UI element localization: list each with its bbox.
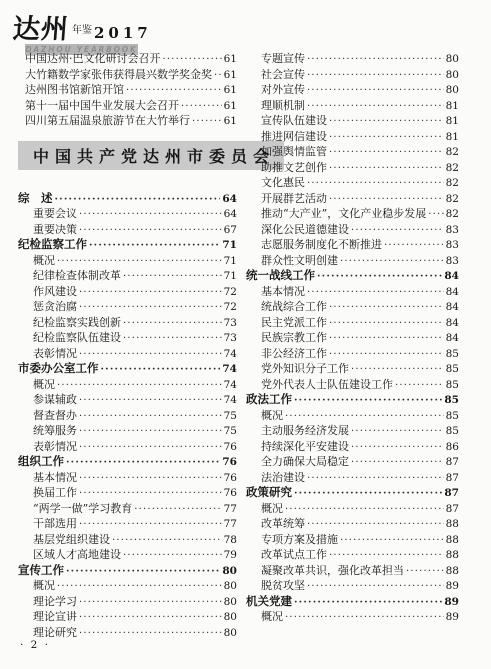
toc-entry-page: 76	[224, 486, 237, 502]
toc-entry-label: 统一战线工作	[246, 268, 315, 284]
toc-entry-label: 干部选用	[33, 516, 77, 532]
toc-entry-page: 81	[446, 99, 459, 115]
dot-leader	[79, 610, 222, 626]
toc-entry-page: 84	[444, 269, 459, 285]
dot-leader	[79, 207, 222, 223]
toc-entry-label: 政策研究	[246, 485, 292, 501]
dot-leader	[329, 161, 444, 177]
toc-entry-label: 作风建设	[33, 284, 77, 300]
toc-entry: 纪检监察工作71	[18, 237, 237, 253]
toc-entry-page: 85	[446, 409, 459, 425]
dot-leader	[307, 83, 444, 99]
dot-leader	[294, 595, 442, 611]
dot-leader	[66, 564, 220, 580]
dot-leader	[395, 378, 444, 394]
toc-entry: 主动服务经济发展85	[246, 423, 459, 439]
dot-leader	[340, 533, 444, 549]
dot-leader	[79, 486, 222, 502]
toc-entry-label: 统战综合工作	[261, 299, 327, 315]
toc-entry: 纪检监察实践创新73	[18, 315, 237, 331]
toc-entry-page: 86	[446, 440, 459, 456]
dot-leader	[351, 455, 444, 471]
toc-entry: 理论宣讲80	[18, 609, 237, 625]
dot-leader	[351, 223, 444, 239]
toc-entry-label: 惩贪治腐	[33, 299, 77, 315]
toc-right-column: 专题宣传80社会宣传80对外宣传80理顺机制81宣传队伍建设81推进网信建设81…	[246, 51, 459, 625]
dot-leader	[89, 238, 220, 254]
toc-entry: 作风建设72	[18, 284, 237, 300]
toc-entry: 理顺机制81	[246, 98, 459, 114]
toc-entry: 社会宣传80	[246, 67, 459, 83]
toc-entry-label: 改革统筹	[261, 516, 305, 532]
toc-entry: 统筹服务75	[18, 423, 237, 439]
toc-entry-label: “两学一做”学习教育	[33, 501, 132, 517]
toc-entry-page: 73	[224, 331, 237, 347]
toc-entry-page: 88	[446, 533, 459, 549]
toc-entry-label: 开展群艺活动	[261, 191, 327, 207]
dot-leader	[79, 347, 222, 363]
dot-leader	[340, 254, 444, 270]
toc-entry-label: 助推文艺创作	[261, 160, 327, 176]
dot-leader	[79, 285, 222, 301]
toc-entry-label: 区域人才高地建设	[33, 547, 121, 563]
toc-entry-label: 全力确保大局稳定	[261, 454, 349, 470]
dot-leader	[428, 207, 443, 223]
toc-entry: 全力确保大局稳定87	[246, 454, 459, 470]
toc-entry: 理论研究80	[18, 625, 237, 641]
dot-leader	[123, 269, 222, 285]
dot-leader	[112, 533, 222, 549]
toc-entry-page: 74	[224, 378, 237, 394]
toc-entry: 改革统筹88	[246, 516, 459, 532]
toc-entry-page: 61	[224, 68, 237, 84]
toc-entry: 表彰情况74	[18, 346, 237, 362]
dot-leader	[307, 52, 444, 68]
masthead-logo-line: 达州 年鉴 2017	[13, 7, 152, 46]
dot-leader	[79, 424, 222, 440]
dot-leader	[123, 548, 222, 564]
toc-entry: 中国达州·巴文化研讨会召开61	[18, 51, 237, 67]
toc-entry-label: 基本情况	[33, 470, 77, 486]
dot-leader	[307, 68, 444, 84]
toc-entry: 党外知识分子工作85	[246, 361, 459, 377]
toc-entry: 助推文艺创作82	[246, 160, 459, 176]
dot-leader	[329, 130, 444, 146]
masthead-subtitle: 年鉴	[72, 21, 92, 36]
toc-entry-label: 概况	[33, 578, 55, 594]
toc-entry: 党外代表人士队伍建设工作85	[246, 377, 459, 393]
dot-leader	[79, 409, 222, 425]
toc-entry-page: 89	[446, 610, 459, 626]
dot-leader	[329, 300, 444, 316]
toc-entry-label: 达州图书馆新馆开馆	[25, 82, 124, 98]
dot-leader	[285, 610, 444, 626]
dot-leader	[181, 99, 222, 115]
dot-leader	[329, 347, 444, 363]
toc-entry-page: 81	[446, 114, 459, 130]
toc-entry-page: 72	[224, 285, 237, 301]
toc-entry-label: 纪检监察工作	[18, 237, 87, 253]
toc-entry-page: 87	[444, 486, 459, 502]
dot-leader	[79, 223, 222, 239]
toc-entry-page: 74	[224, 347, 237, 363]
toc-entry: “两学一做”学习教育77	[18, 501, 237, 517]
toc-entry: 大竹籍数学家张伟获得晨兴数学奖金奖61	[18, 67, 237, 83]
toc-entry: 概况80	[18, 578, 237, 594]
dot-leader	[79, 300, 222, 316]
dot-leader	[79, 595, 222, 611]
dot-leader	[192, 114, 222, 130]
dot-leader	[351, 440, 444, 456]
toc-entry: 推动“大产业”，文化产业稳步发展82	[246, 206, 459, 222]
toc-entry-label: 纪检监察实践创新	[33, 315, 121, 331]
toc-entry: 宣传工作80	[18, 563, 237, 579]
toc-entry-page: 83	[446, 254, 459, 270]
toc-entry-label: 督查督办	[33, 408, 77, 424]
toc-entry-page: 82	[446, 207, 459, 223]
dot-leader	[307, 579, 444, 595]
toc-entry-label: 基本情况	[261, 284, 305, 300]
toc-entry-label: 重要会议	[33, 206, 77, 222]
toc-entry-label: 宣传队伍建设	[261, 113, 327, 129]
toc-entry-label: 对外宣传	[261, 82, 305, 98]
toc-entry: 凝聚改革共识，强化改革担当88	[246, 563, 459, 579]
toc-entry: 基本情况84	[246, 284, 459, 300]
toc-entry: 概况74	[18, 377, 237, 393]
dot-leader	[406, 564, 444, 580]
dot-leader	[123, 331, 222, 347]
toc-entry-page: 87	[446, 471, 459, 487]
toc-entry-label: 民族宗教工作	[261, 330, 327, 346]
toc-entry: 重要会议64	[18, 206, 237, 222]
toc-entry: 对外宣传80	[246, 82, 459, 98]
dot-leader	[123, 316, 222, 332]
toc-entry-label: 党外代表人士队伍建设工作	[261, 377, 393, 393]
toc-entry-page: 78	[224, 533, 237, 549]
toc-entry-label: 凝聚改革共识，强化改革担当	[261, 563, 404, 579]
toc-entry-page: 74	[222, 362, 237, 378]
toc-entry-label: 纪检监察队伍建设	[33, 330, 121, 346]
dot-leader	[329, 548, 444, 564]
toc-entry: 综 述64	[18, 191, 237, 207]
toc-entry-page: 85	[446, 347, 459, 363]
toc-entry-page: 85	[446, 362, 459, 378]
toc-entry-page: 85	[444, 393, 459, 409]
toc-entry-label: 机关党建	[246, 594, 292, 610]
dot-leader	[79, 517, 222, 533]
dot-leader	[66, 455, 220, 471]
toc-entry-page: 89	[446, 579, 459, 595]
toc-entry: 区域人才高地建设79	[18, 547, 237, 563]
toc-entry: 专项方案及措施88	[246, 532, 459, 548]
toc-entry-label: 政法工作	[246, 392, 292, 408]
toc-entry: 宣传队伍建设81	[246, 113, 459, 129]
dot-leader	[294, 486, 442, 502]
folio-page-number: · 2 ·	[20, 639, 50, 651]
toc-entry: 概况85	[246, 408, 459, 424]
toc-entry-page: 61	[224, 52, 237, 68]
toc-entry: 专题宣传80	[246, 51, 459, 67]
dot-leader	[294, 393, 442, 409]
dot-leader	[351, 424, 444, 440]
toc-entry-label: 推动“大产业”，文化产业稳步发展	[261, 206, 426, 222]
toc-entry-label: 综 述	[18, 191, 53, 207]
toc-entry-label: 非公经济工作	[261, 346, 327, 362]
toc-entry: 重要决策67	[18, 222, 237, 238]
toc-entry-page: 72	[224, 300, 237, 316]
dot-leader	[307, 471, 444, 487]
toc-entry-page: 61	[224, 83, 237, 99]
toc-entry: 参谋辅政74	[18, 392, 237, 408]
toc-entry: 非公经济工作85	[246, 346, 459, 362]
toc-entry: 四川第五届温泉旅游节在大竹举行61	[18, 113, 237, 129]
toc-entry: 换届工作76	[18, 485, 237, 501]
dot-leader	[285, 502, 444, 518]
toc-entry-page: 76	[224, 471, 237, 487]
toc-entry-label: 表彰情况	[33, 346, 77, 362]
toc-entry: 市委办公室工作74	[18, 361, 237, 377]
toc-entry-page: 71	[222, 238, 237, 254]
toc-entry-page: 80	[222, 564, 237, 580]
toc-entry-label: 持续深化平安建设	[261, 439, 349, 455]
toc-entry: 改革试点工作88	[246, 547, 459, 563]
toc-entry-page: 87	[446, 455, 459, 471]
dot-leader	[307, 517, 444, 533]
toc-entry-label: 法治建设	[261, 470, 305, 486]
toc-entry: 统一战线工作84	[246, 268, 459, 284]
dot-leader	[329, 192, 444, 208]
dot-leader	[163, 52, 222, 68]
dot-leader	[384, 238, 444, 254]
section-banner: 中国共产党达州市委员会	[18, 141, 284, 170]
toc-entry: 达州图书馆新馆开馆61	[18, 82, 237, 98]
toc-entry-label: 参谋辅政	[33, 392, 77, 408]
toc-entry: 表彰情况76	[18, 439, 237, 455]
toc-entry-page: 85	[446, 424, 459, 440]
toc-entry: 惩贪治腐72	[18, 299, 237, 315]
dot-leader	[329, 331, 444, 347]
toc-entry: 深化公民道德建设83	[246, 222, 459, 238]
toc-entry-label: 主动服务经济发展	[261, 423, 349, 439]
toc-entry-label: 理论宣讲	[33, 609, 77, 625]
dot-leader	[79, 471, 222, 487]
toc-entry-label: 脱贫攻坚	[261, 578, 305, 594]
toc-entry-page: 88	[446, 548, 459, 564]
toc-entry: 纪律检查体制改革71	[18, 268, 237, 284]
toc-entry-page: 85	[446, 378, 459, 394]
toc-entry-label: 加强舆情监管	[261, 144, 327, 160]
toc-entry-page: 84	[446, 285, 459, 301]
toc-entry-page: 80	[446, 68, 459, 84]
toc-entry-label: 表彰情况	[33, 439, 77, 455]
toc-entry-label: 党外知识分子工作	[261, 361, 349, 377]
toc-entry: 开展群艺活动82	[246, 191, 459, 207]
dot-leader	[351, 362, 444, 378]
toc-entry-page: 80	[224, 595, 237, 611]
toc-entry-page: 74	[224, 393, 237, 409]
toc-entry-page: 61	[224, 99, 237, 115]
toc-entry: 政法工作85	[246, 392, 459, 408]
toc-entry-page: 82	[446, 176, 459, 192]
dot-leader	[307, 176, 444, 192]
toc-entry-page: 80	[224, 610, 237, 626]
toc-entry: 政策研究87	[246, 485, 459, 501]
dot-leader	[317, 269, 442, 285]
toc-entry-label: 概况	[261, 609, 283, 625]
dot-leader	[79, 393, 222, 409]
dot-leader	[307, 285, 444, 301]
toc-entry-page: 80	[446, 83, 459, 99]
toc-entry-label: 纪律检查体制改革	[33, 268, 121, 284]
toc-entry: 干部选用77	[18, 516, 237, 532]
toc-entry: 概况71	[18, 253, 237, 269]
toc-entry-label: 文化惠民	[261, 175, 305, 191]
toc-entry-page: 87	[446, 502, 459, 518]
toc-entry-page: 89	[444, 595, 459, 611]
toc-entry: 文化惠民82	[246, 175, 459, 191]
toc-left-column: 中国达州·巴文化研讨会召开61大竹籍数学家张伟获得晨兴数学奖金奖61达州图书馆新…	[18, 51, 237, 640]
dot-leader	[79, 626, 222, 642]
toc-entry-label: 理论学习	[33, 594, 77, 610]
toc-entry: 民主党派工作84	[246, 315, 459, 331]
toc-entry-label: 大竹籍数学家张伟获得晨兴数学奖金奖	[25, 67, 212, 83]
toc-entry-label: 第十一届中国牛业发展大会召开	[25, 98, 179, 114]
toc-entry-label: 概况	[261, 501, 283, 517]
toc-entry-page: 79	[224, 548, 237, 564]
toc-entry-page: 88	[446, 564, 459, 580]
toc-entry: 推进网信建设81	[246, 129, 459, 145]
toc-entry-label: 组织工作	[18, 454, 64, 470]
toc-entry: 志愿服务制度化不断推进83	[246, 237, 459, 253]
toc-entry-page: 80	[224, 579, 237, 595]
dot-leader	[79, 440, 222, 456]
toc-entry-label: 概况	[261, 408, 283, 424]
dot-leader	[329, 114, 444, 130]
dot-leader	[55, 192, 221, 208]
toc-entry-page: 75	[224, 409, 237, 425]
toc-entry-page: 75	[224, 424, 237, 440]
toc-entry: 统战综合工作84	[246, 299, 459, 315]
dot-leader	[329, 316, 444, 332]
dot-leader	[329, 145, 444, 161]
toc-entry-page: 76	[224, 440, 237, 456]
toc-entry-label: 市委办公室工作	[18, 361, 99, 377]
toc-entry-page: 61	[224, 114, 237, 130]
toc-entry-label: 推进网信建设	[261, 129, 327, 145]
toc-entry-label: 专题宣传	[261, 51, 305, 67]
dot-leader	[307, 99, 444, 115]
toc-entry-label: 群众性文明创建	[261, 253, 338, 269]
toc-entry-page: 82	[446, 145, 459, 161]
toc-entry: 概况89	[246, 609, 459, 625]
toc-entry-label: 理论研究	[33, 625, 77, 641]
toc-entry-label: 概况	[33, 377, 55, 393]
toc-entry-page: 84	[446, 300, 459, 316]
toc-entry-label: 社会宣传	[261, 67, 305, 83]
toc-entry-page: 77	[224, 502, 237, 518]
toc-entry-label: 宣传工作	[18, 563, 64, 579]
toc-entry-page: 84	[446, 331, 459, 347]
toc-entry-page: 71	[224, 269, 237, 285]
dot-leader	[134, 502, 221, 518]
toc-entry-label: 深化公民道德建设	[261, 222, 349, 238]
toc-entry-page: 64	[224, 207, 237, 223]
toc-entry-label: 概况	[33, 253, 55, 269]
dot-leader	[57, 378, 222, 394]
toc-entry-page: 84	[446, 316, 459, 332]
toc-entry: 机关党建89	[246, 594, 459, 610]
toc-entry-page: 67	[224, 223, 237, 239]
dot-leader	[57, 254, 222, 270]
toc-entry-page: 81	[446, 130, 459, 146]
toc-entry-page: 76	[222, 455, 237, 471]
dot-leader	[101, 362, 221, 378]
toc-entry: 纪检监察队伍建设73	[18, 330, 237, 346]
toc-entry: 概况87	[246, 501, 459, 517]
dot-leader	[214, 68, 222, 84]
toc-entry-label: 基层党组织建设	[33, 532, 110, 548]
toc-entry-page: 88	[446, 517, 459, 533]
toc-entry-label: 志愿服务制度化不断推进	[261, 237, 382, 253]
toc-entry-label: 理顺机制	[261, 98, 305, 114]
masthead-title: 达州	[12, 7, 71, 46]
masthead-year: 2017	[94, 24, 152, 42]
toc-entry-label: 四川第五届温泉旅游节在大竹举行	[25, 113, 190, 129]
masthead: 达州 年鉴 2017 DAZHOU YEARBOOK	[13, 7, 152, 55]
toc-entry-page: 73	[224, 316, 237, 332]
toc-entry-label: 重要决策	[33, 222, 77, 238]
toc-entry: 脱贫攻坚89	[246, 578, 459, 594]
toc-entry: 群众性文明创建83	[246, 253, 459, 269]
toc-entry: 加强舆情监管82	[246, 144, 459, 160]
dot-leader	[285, 409, 444, 425]
toc-entry-page: 82	[446, 161, 459, 177]
toc-entry: 基层党组织建设78	[18, 532, 237, 548]
toc-entry-page: 71	[224, 254, 237, 270]
toc-entry-page: 83	[446, 223, 459, 239]
toc-entry: 理论学习80	[18, 594, 237, 610]
toc-entry-page: 80	[446, 52, 459, 68]
toc-entry-page: 64	[222, 192, 237, 208]
toc-entry-label: 换届工作	[33, 485, 77, 501]
dot-leader	[126, 83, 222, 99]
toc-entry-page: 83	[446, 238, 459, 254]
toc-entry-page: 77	[224, 517, 237, 533]
toc-entry: 持续深化平安建设86	[246, 439, 459, 455]
toc-entry-label: 专项方案及措施	[261, 532, 338, 548]
toc-entry: 基本情况76	[18, 470, 237, 486]
toc-entry-label: 统筹服务	[33, 423, 77, 439]
toc-entry-page: 82	[446, 192, 459, 208]
toc-entry: 组织工作76	[18, 454, 237, 470]
toc-entry-page: 80	[224, 626, 237, 642]
toc-entry-label: 民主党派工作	[261, 315, 327, 331]
toc-entry-label: 改革试点工作	[261, 547, 327, 563]
toc-entry: 督查督办75	[18, 408, 237, 424]
toc-entry: 法治建设87	[246, 470, 459, 486]
toc-entry-label: 中国达州·巴文化研讨会召开	[25, 51, 161, 67]
dot-leader	[57, 579, 222, 595]
toc-entry: 第十一届中国牛业发展大会召开61	[18, 98, 237, 114]
toc-entry: 民族宗教工作84	[246, 330, 459, 346]
